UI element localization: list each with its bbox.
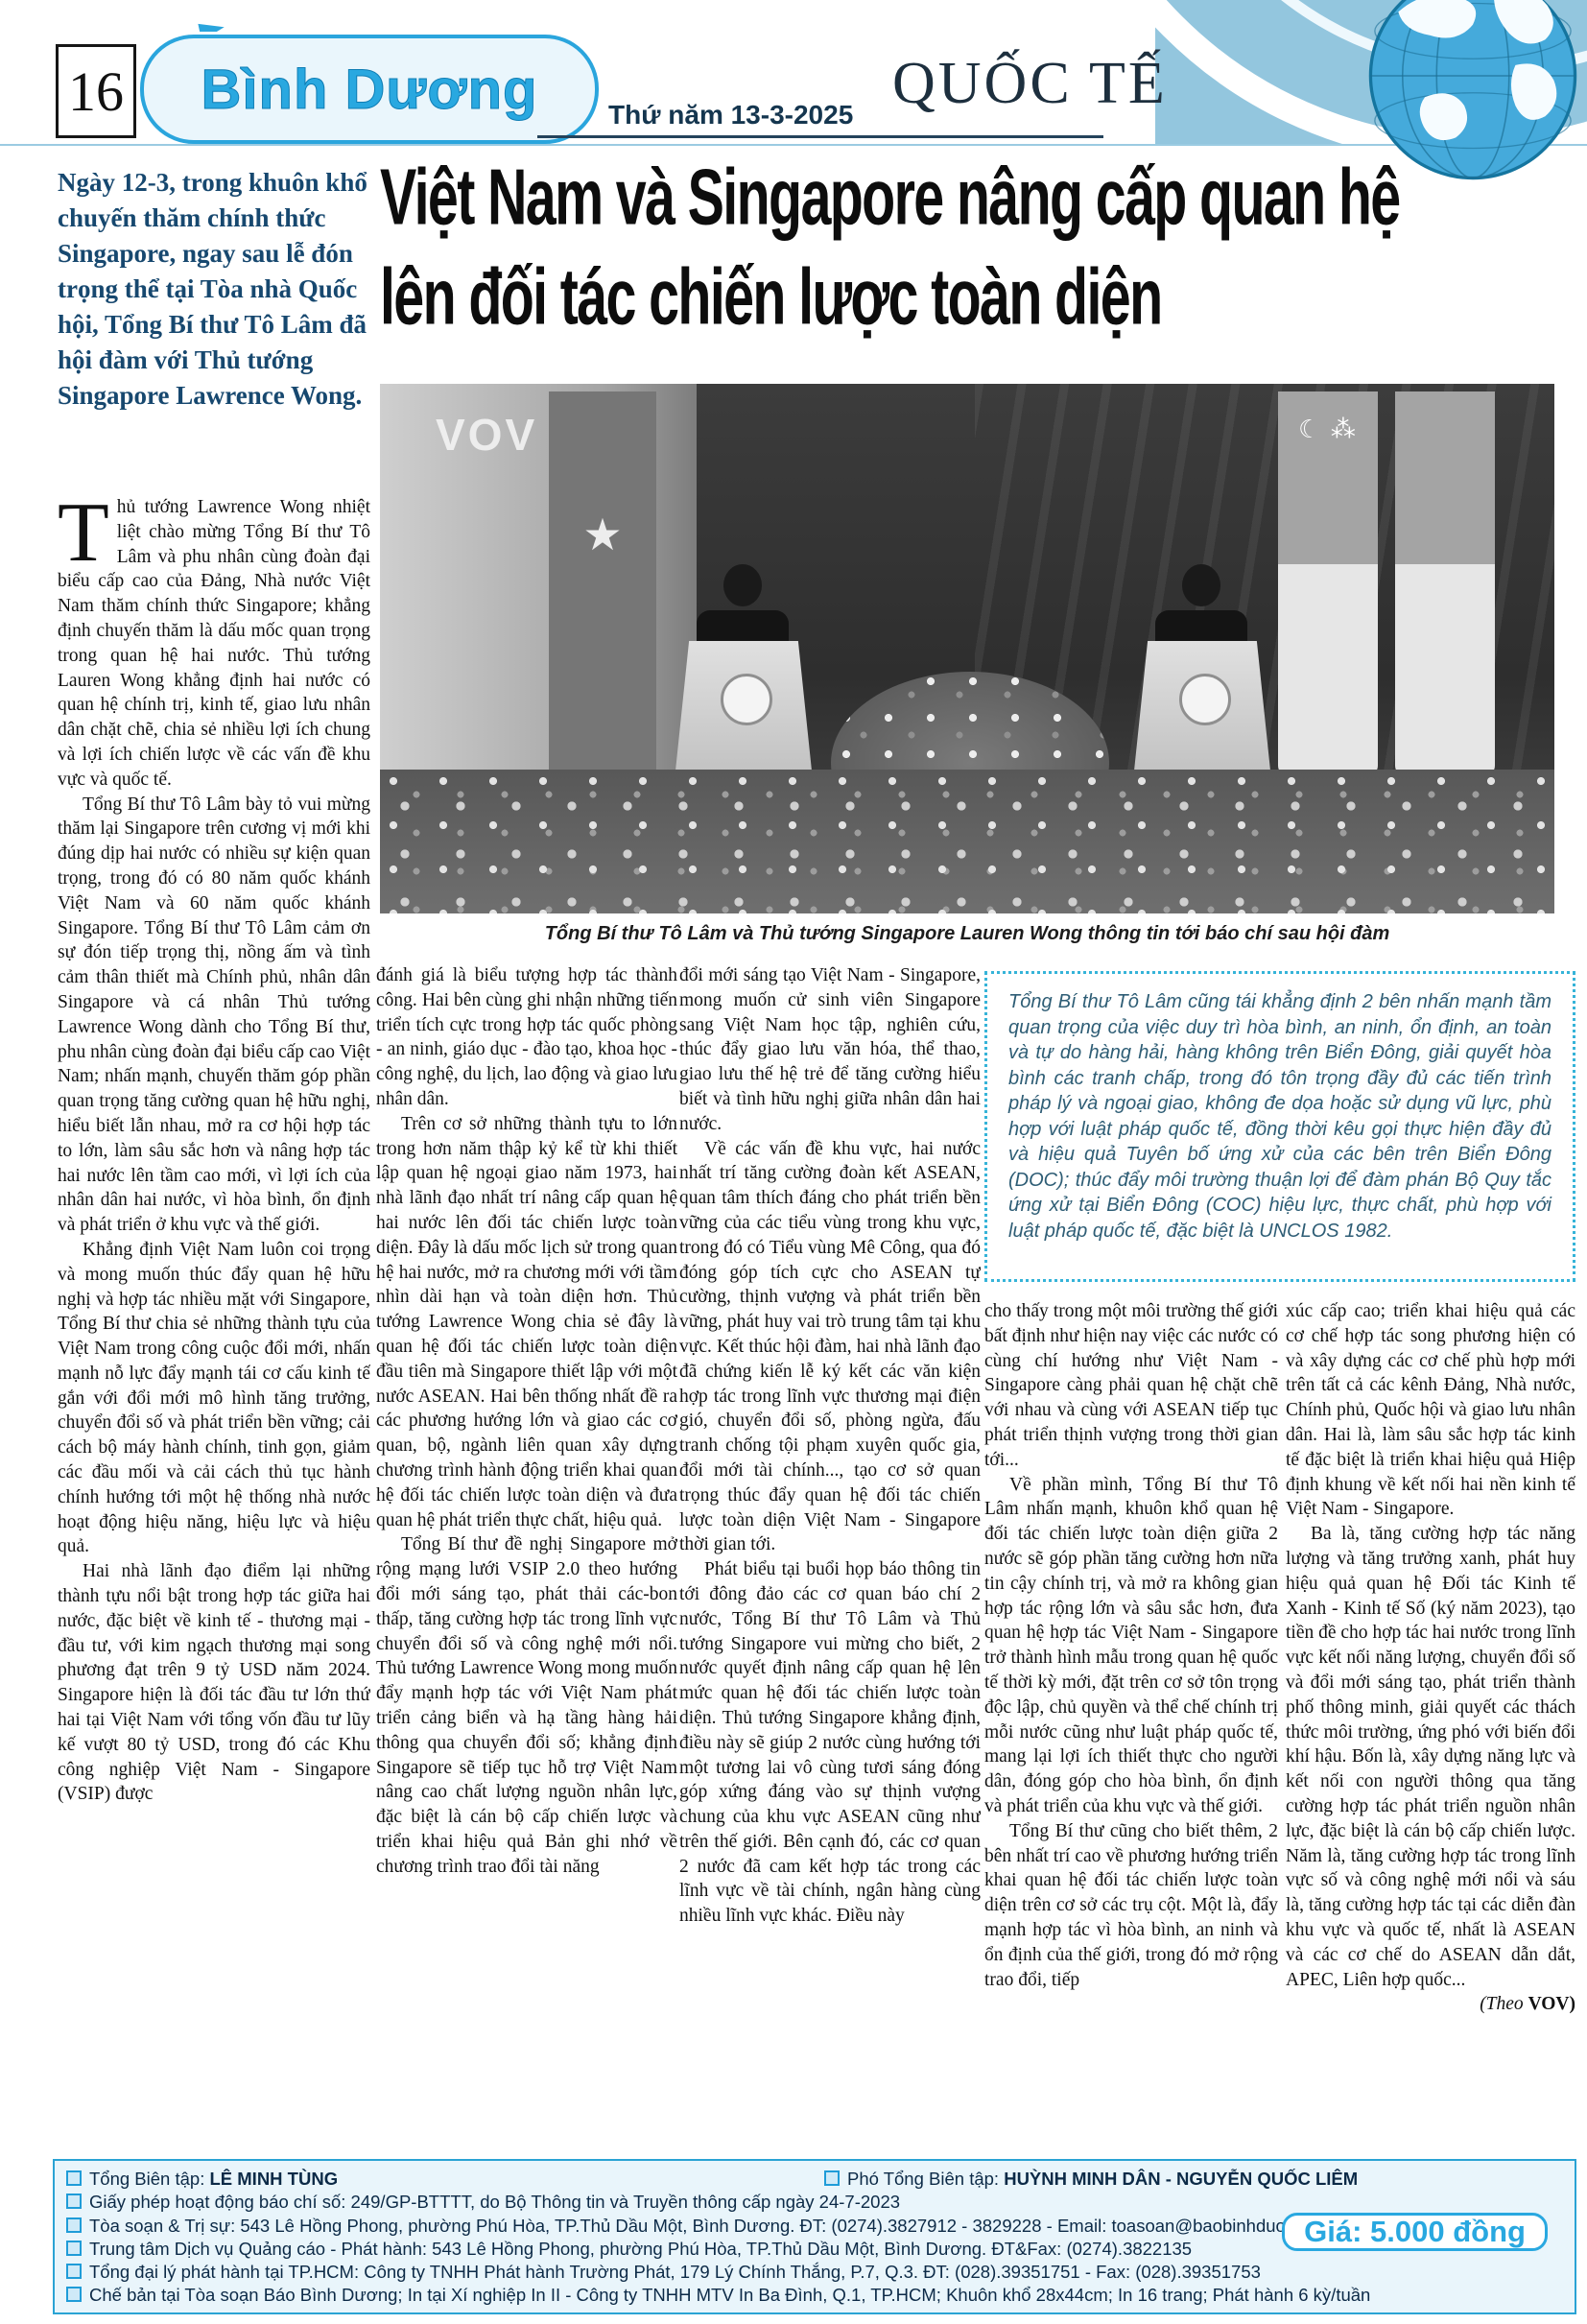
vov-watermark: VOV [436,409,537,461]
photo-caption: Tổng Bí thư Tô Lâm và Thủ tướng Singapor… [380,923,1554,945]
paragraph: đánh giá là biểu tượng hợp tác thành côn… [376,963,677,1112]
price-badge: Giá: 5.000 đồng [1282,2213,1548,2251]
podium-left-emblem [721,674,772,725]
footer-text: Tổng đại lý phát hành tại TP.HCM: Công t… [89,2261,1261,2284]
footer-text: Chế bản tại Tòa soạn Báo Bình Dương; In … [89,2284,1370,2307]
footer-text: Giấy phép hoạt động báo chí số: 249/GP-B… [89,2191,900,2214]
edition-date: Thứ năm 13-3-2025 [608,100,853,130]
footer-editor: Tổng Biên tập: LÊ MINH TÙNG [66,2168,824,2191]
photo: VOV ★ ☾ ⁂ [380,384,1554,913]
paragraph: cho thấy trong một môi trường thế giới b… [984,1299,1278,1473]
paragraph: Về các vấn đề khu vực, hai nước nhất trí… [679,1137,981,1558]
paragraph: Tổng Bí thư Tô Lâm bày tỏ vui mừng thăm … [58,793,370,1238]
footer-deputy-editor: Phó Tổng Biên tập: HUỲNH MINH DÂN - NGUY… [824,2168,1358,2191]
drop-cap: T [58,495,117,568]
square-bullet-icon [66,2170,82,2186]
footer-line-5: Tổng đại lý phát hành tại TP.HCM: Công t… [66,2261,1563,2284]
square-bullet-icon [66,2194,82,2209]
footer-text: Tòa soạn & Trị sự: 543 Lê Hồng Phong, ph… [89,2215,1329,2238]
byline: (Theo VOV) [1455,1992,1575,2017]
article-column-4: cho thấy trong một môi trường thế giới b… [984,1299,1278,2138]
paragraph: xúc cấp cao; triển khai hiệu quả các cơ … [1286,1299,1575,1522]
pull-quote-box: Tổng Bí thư Tô Lâm cũng tái khẳng định 2… [984,971,1575,1282]
footer-line-2: Giấy phép hoạt động báo chí số: 249/GP-B… [66,2191,1563,2214]
square-bullet-icon [66,2287,82,2302]
footer-line-6: Chế bản tại Tòa soạn Báo Bình Dương; In … [66,2284,1563,2307]
section-rule [537,135,1103,138]
square-bullet-icon [824,2170,840,2186]
paragraph: Tổng Bí thư đề nghị Singapore mở rộng mạ… [376,1532,677,1879]
footer-name: LÊ MINH TÙNG [209,2169,338,2189]
speaker-left-head [723,564,762,606]
square-bullet-icon [66,2264,82,2279]
headline-line-2: lên đối tác chiến lược toàn diện [380,251,1161,342]
flag-vietnam: ★ [549,391,656,798]
paragraph: Khẳng định Việt Nam luôn coi trọng và mo… [58,1238,370,1559]
speaker-right-head [1182,564,1220,606]
flower-row [380,770,1554,913]
byline-prefix: (Theo [1480,1994,1528,2014]
paragraph-text: Ba là, tăng cường hợp tác năng lượng và … [1286,1524,1575,1989]
brand-logo: Bình Dương [140,35,599,144]
headline-line-1: Việt Nam và Singapore nâng cấp quan hệ [380,152,1400,242]
lead-paragraph: Ngày 12-3, trong khuôn khổ chuyến thăm c… [58,165,368,414]
paragraph: Phát biểu tại buổi họp báo thông tin tới… [679,1557,981,1929]
paragraph: Tổng Bí thư cũng cho biết thêm, 2 bên nh… [984,1819,1278,1993]
article-column-1: Thủ tướng Lawrence Wong nhiệt liệt chào … [58,495,370,2138]
paragraph: đổi mới sáng tạo Việt Nam - Singapore, m… [679,963,981,1137]
brand-logo-text: Bình Dương [201,58,538,122]
article-column-3: đổi mới sáng tạo Việt Nam - Singapore, m… [679,963,981,2140]
section-title: QUỐC TẾ [892,50,1168,118]
newspaper-page: 16 Bình Dương Thứ năm 13-3-2025 QUỐC TẾ … [0,0,1587,2324]
footer-label: Phó Tổng Biên tập: [847,2169,1004,2189]
paragraph: Ba là, tăng cường hợp tác năng lượng và … [1286,1522,1575,1992]
page-number: 16 [56,44,136,138]
flag-singapore-1: ☾ ⁂ [1278,391,1378,775]
header-band: 16 Bình Dương Thứ năm 13-3-2025 QUỐC TẾ [0,0,1587,146]
paragraph: Trên cơ sở những thành tựu to lớn trong … [376,1112,677,1533]
paragraph: Hai nhà lãnh đạo điểm lại những thành tự… [58,1559,370,1807]
footer-text: Trung tâm Dịch vụ Quảng cáo - Phát hành:… [89,2238,1192,2261]
byline-source: VOV) [1528,1994,1575,2014]
globe-icon [1366,0,1579,182]
flag-singapore-crest-2 [1395,391,1495,564]
footer-label: Tổng Biên tập: [89,2169,209,2189]
flag-singapore-2 [1395,391,1495,775]
podium-right-emblem [1179,674,1231,725]
footer-box: Tổng Biên tập: LÊ MINH TÙNG Phó Tổng Biê… [53,2159,1576,2314]
footer-name: HUỲNH MINH DÂN - NGUYỄN QUỐC LIÊM [1004,2169,1358,2189]
flag-singapore-crest: ☾ ⁂ [1278,391,1378,564]
square-bullet-icon [66,2241,82,2256]
paragraph: Thủ tướng Lawrence Wong nhiệt liệt chào … [58,495,370,793]
square-bullet-icon [66,2217,82,2233]
footer-line-1: Tổng Biên tập: LÊ MINH TÙNG Phó Tổng Biê… [66,2168,1563,2191]
article-column-5: xúc cấp cao; triển khai hiệu quả các cơ … [1286,1299,1575,2138]
article-column-2: đánh giá là biểu tượng hợp tác thành côn… [376,963,677,2140]
paragraph: Về phần mình, Tổng Bí thư Tô Lâm nhấn mạ… [984,1473,1278,1819]
